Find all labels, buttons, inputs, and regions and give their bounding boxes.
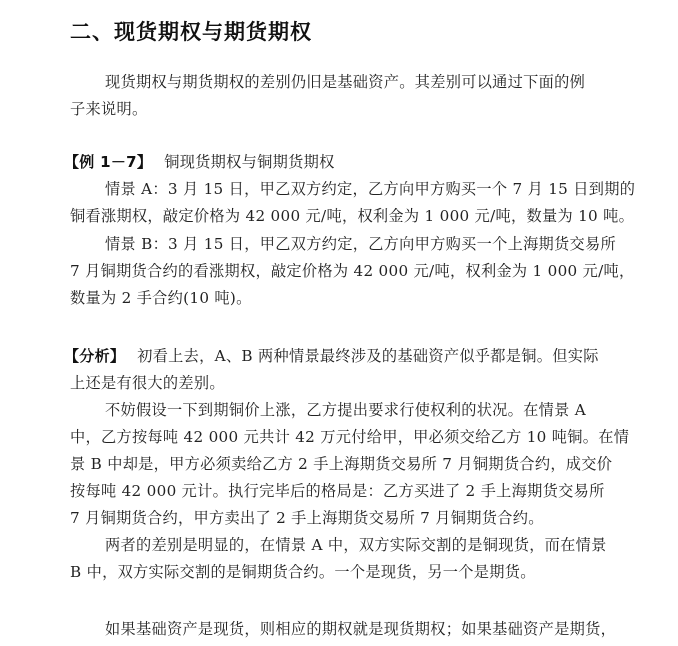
- analysis-paragraph-3: 两者的差别是明显的，在情景 A 中，双方实际交割的是铜现货，而在情景 B 中，双…: [70, 532, 638, 586]
- intro-paragraph: 现货期权与期货期权的差别仍旧是基础资产。其差别可以通过下面的例 子来说明。: [70, 69, 638, 123]
- text-line: 7 月铜期货合约，甲方卖出了 2 手上海期货交易所 7 月铜期货合约。: [70, 505, 638, 532]
- text-line: 铜看涨期权，敲定价格为 42 000 元/吨，权利金为 1 000 元/吨，数量…: [70, 203, 638, 230]
- text-line: B 中，双方实际交割的是铜期货合约。一个是现货，另一个是期货。: [70, 559, 638, 586]
- text-line: 情景 A：3 月 15 日，甲乙双方约定，乙方向甲方购买一个 7 月 15 日到…: [70, 176, 638, 203]
- text-line: 不妨假设一下到期铜价上涨，乙方提出要求行使权利的状况。在情景 A: [70, 397, 638, 424]
- example-heading: 【例 1－7】铜现货期权与铜期货期权: [70, 149, 638, 176]
- text-line: 现货期权与期货期权的差别仍旧是基础资产。其差别可以通过下面的例: [70, 69, 638, 96]
- text-line: 7 月铜期货合约的看涨期权，敲定价格为 42 000 元/吨，权利金为 1 00…: [70, 258, 638, 285]
- example-label: 【例 1－7】: [64, 153, 152, 171]
- text-line: 数量为 2 手合约(10 吨)。: [70, 285, 638, 312]
- example-title: 铜现货期权与铜期货期权: [164, 153, 334, 171]
- text-line: 两者的差别是明显的，在情景 A 中，双方实际交割的是铜现货，而在情景: [70, 532, 638, 559]
- text-line: 子来说明。: [70, 96, 638, 123]
- text-line: 景 B 中却是，甲方必须卖给乙方 2 手上海期货交易所 7 月铜期货合约，成交价: [70, 451, 638, 478]
- analysis-paragraph-2: 不妨假设一下到期铜价上涨，乙方提出要求行使权利的状况。在情景 A 中，乙方按每吨…: [70, 397, 638, 532]
- analysis-paragraph-1: 【分析】初看上去，A、B 两种情景最终涉及的基础资产似乎都是铜。但实际 上还是有…: [70, 343, 638, 397]
- text-line: 初看上去，A、B 两种情景最终涉及的基础资产似乎都是铜。但实际: [137, 347, 599, 365]
- text-line: 中，乙方按每吨 42 000 元共计 42 万元付给甲，甲必须交给乙方 10 吨…: [70, 424, 638, 451]
- scenario-a: 情景 A：3 月 15 日，甲乙双方约定，乙方向甲方购买一个 7 月 15 日到…: [70, 176, 638, 230]
- closing-paragraph: 如果基础资产是现货，则相应的期权就是现货期权；如果基础资产是期货，: [70, 616, 638, 643]
- text-line: 上还是有很大的差别。: [70, 370, 638, 397]
- text-line: 情景 B：3 月 15 日，甲乙双方约定，乙方向甲方购买一个上海期货交易所: [70, 231, 638, 258]
- analysis-label: 【分析】: [64, 347, 125, 365]
- text-line: 如果基础资产是现货，则相应的期权就是现货期权；如果基础资产是期货，: [70, 616, 638, 643]
- text-line: 按每吨 42 000 元计。执行完毕后的格局是：乙方买进了 2 手上海期货交易所: [70, 478, 638, 505]
- section-title: 二、现货期权与期货期权: [70, 16, 312, 46]
- scenario-b: 情景 B：3 月 15 日，甲乙双方约定，乙方向甲方购买一个上海期货交易所 7 …: [70, 231, 638, 312]
